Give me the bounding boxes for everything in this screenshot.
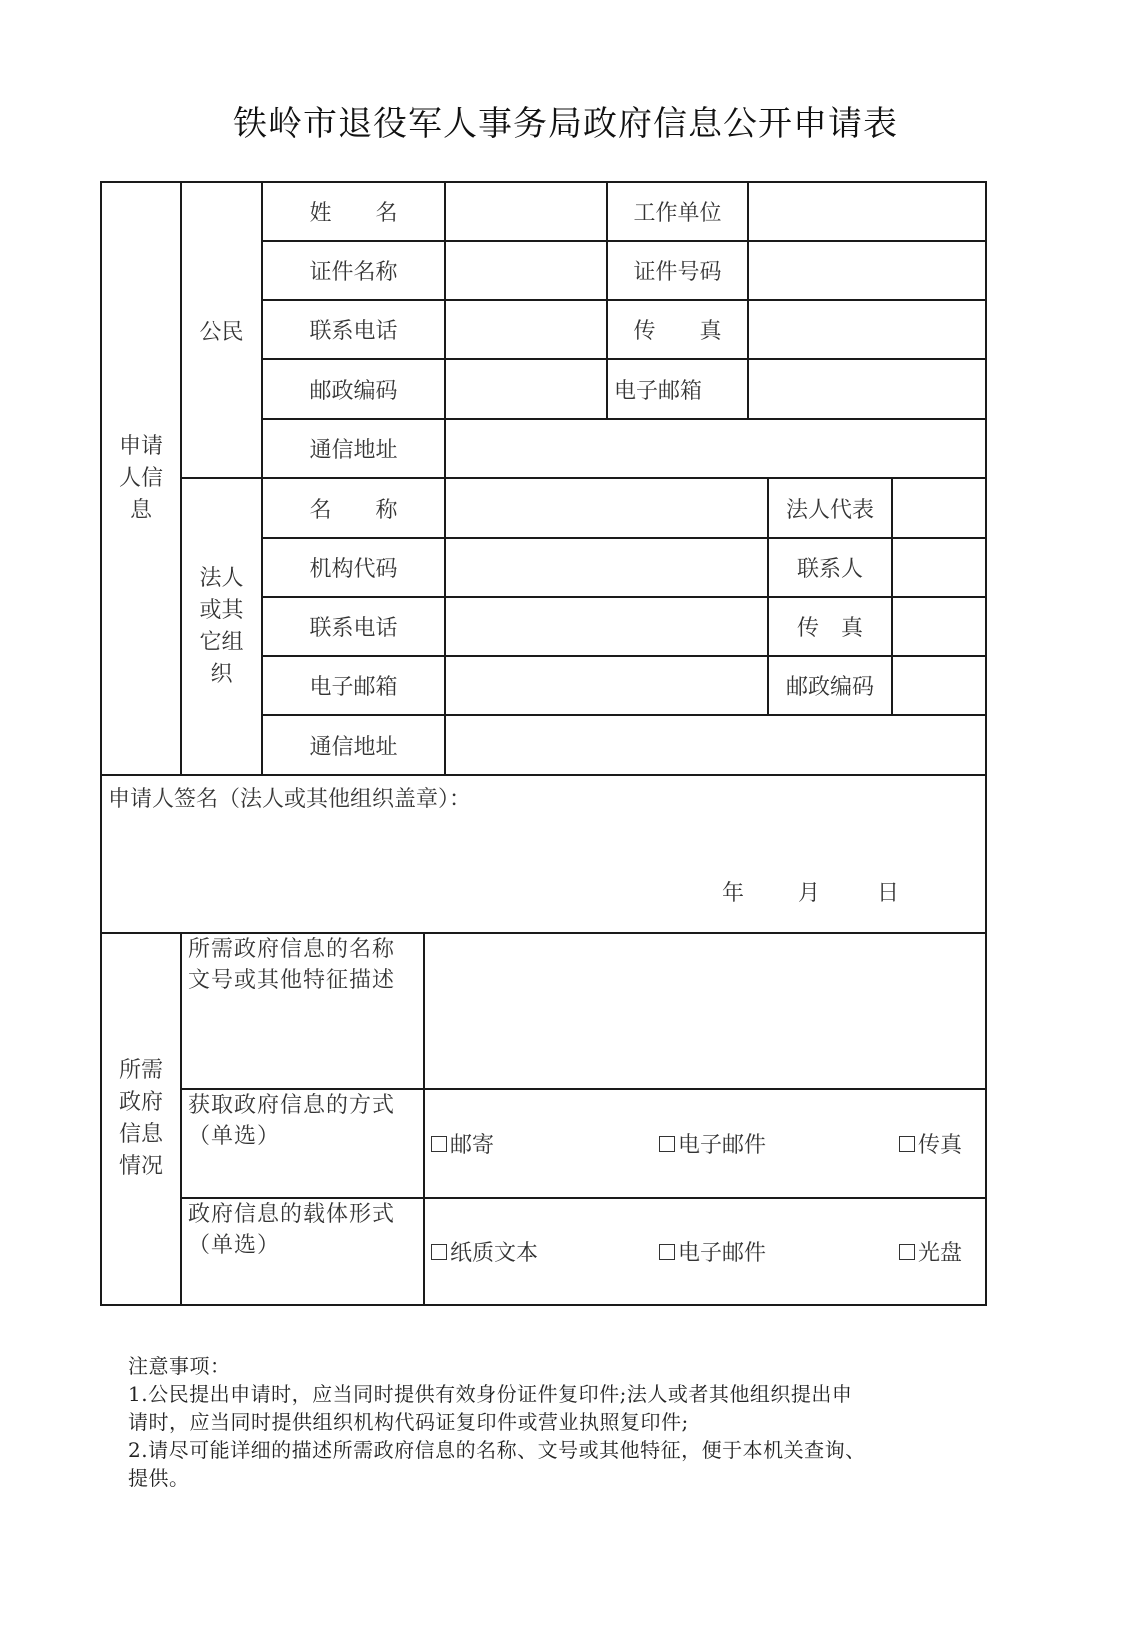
- label-line: 法人: [199, 563, 243, 595]
- table-border-right: [985, 181, 987, 1306]
- label-line: 人信: [119, 463, 163, 495]
- checkbox-icon[interactable]: [431, 1244, 447, 1260]
- label-line: 情况: [119, 1151, 163, 1183]
- option-label: 邮寄: [450, 1128, 494, 1159]
- signature-area[interactable]: 申请人签名（法人或其他组织盖章）： 年 月 日: [102, 776, 985, 932]
- checkbox-icon[interactable]: [899, 1244, 915, 1260]
- option-label: 传真: [918, 1128, 962, 1159]
- label-line: 织: [210, 659, 232, 691]
- org-code-field[interactable]: [446, 539, 767, 596]
- citizen-id-number-label: 证件号码: [608, 242, 747, 299]
- method-option-fax[interactable]: 传真: [899, 1090, 962, 1197]
- org-address-label: 通信地址: [263, 716, 444, 774]
- citizen-email-label: 电子邮箱: [608, 360, 747, 418]
- label-line: 或其: [199, 595, 243, 627]
- format-option-email[interactable]: 电子邮件: [659, 1199, 766, 1304]
- org-postcode-label: 邮政编码: [769, 657, 891, 714]
- citizen-phone-label: 联系电话: [263, 301, 444, 358]
- org-name-field[interactable]: [446, 479, 767, 537]
- label-line: （单选）: [188, 1121, 280, 1152]
- date-month-label: 月: [798, 876, 820, 907]
- checkbox-icon[interactable]: [431, 1136, 447, 1152]
- description-label: 所需政府信息的名称 文号或其他特征描述: [182, 934, 423, 1088]
- citizen-id-number-field[interactable]: [749, 242, 985, 299]
- citizen-address-label: 通信地址: [263, 420, 444, 477]
- date-year-label: 年: [722, 876, 744, 907]
- checkbox-icon[interactable]: [659, 1136, 675, 1152]
- citizen-name-label: 姓 名: [263, 183, 444, 240]
- org-email-field[interactable]: [446, 657, 767, 714]
- required-info-label: 所需 政府 信息 情况: [102, 934, 180, 1304]
- org-code-label: 机构代码: [263, 539, 444, 596]
- citizen-name-field[interactable]: [446, 183, 606, 240]
- label-line: 申请: [119, 431, 163, 463]
- label-line: 息: [130, 495, 152, 527]
- applicant-info-label: 申请 人信 息: [102, 183, 180, 775]
- checkbox-icon[interactable]: [899, 1136, 915, 1152]
- label-line: （单选）: [188, 1230, 280, 1261]
- method-option-email[interactable]: 电子邮件: [659, 1090, 766, 1197]
- notes-heading: 注意事项：: [128, 1352, 988, 1380]
- citizen-employer-label: 工作单位: [608, 183, 747, 240]
- label-line: 它组: [199, 627, 243, 659]
- label-line: 文号或其他特征描述: [188, 965, 395, 996]
- method-label: 获取政府信息的方式 （单选）: [182, 1090, 423, 1197]
- citizen-fax-label: 传 真: [608, 301, 747, 358]
- format-option-paper[interactable]: 纸质文本: [431, 1199, 538, 1304]
- org-legal-rep-field[interactable]: [893, 479, 985, 537]
- label-line: 所需: [119, 1055, 163, 1087]
- org-address-field[interactable]: [446, 716, 985, 774]
- org-postcode-field[interactable]: [893, 657, 985, 714]
- form-title: 铁岭市退役军人事务局政府信息公开申请表: [0, 96, 1131, 145]
- citizen-fax-field[interactable]: [749, 301, 985, 358]
- date-day-label: 日: [877, 876, 899, 907]
- option-label: 电子邮件: [678, 1128, 766, 1159]
- label-line: 政府: [119, 1087, 163, 1119]
- org-phone-label: 联系电话: [263, 598, 444, 655]
- table-border-bottom: [100, 1304, 987, 1306]
- label-line: 所需政府信息的名称: [188, 934, 395, 965]
- option-label: 纸质文本: [450, 1236, 538, 1267]
- citizen-phone-field[interactable]: [446, 301, 606, 358]
- org-phone-field[interactable]: [446, 598, 767, 655]
- note-line: 提供。: [128, 1464, 988, 1492]
- citizen-id-type-field[interactable]: [446, 242, 606, 299]
- label-line: 政府信息的载体形式: [188, 1199, 395, 1230]
- citizen-address-field[interactable]: [446, 420, 985, 477]
- org-legal-rep-label: 法人代表: [769, 479, 891, 537]
- citizen-label: 公民: [182, 183, 261, 478]
- citizen-postcode-label: 邮政编码: [263, 360, 444, 418]
- citizen-employer-field[interactable]: [749, 183, 985, 240]
- org-name-label: 名 称: [263, 479, 444, 537]
- option-label: 光盘: [918, 1236, 962, 1267]
- notes-section: 注意事项： 1.公民提出申请时，应当同时提供有效身份证件复印件;法人或者其他组织…: [128, 1352, 988, 1492]
- signature-label: 申请人签名（法人或其他组织盖章）：: [108, 782, 471, 813]
- organization-label: 法人 或其 它组 织: [182, 479, 261, 775]
- label-line: 获取政府信息的方式: [188, 1090, 395, 1121]
- description-field[interactable]: [425, 934, 985, 1088]
- org-email-label: 电子邮箱: [263, 657, 444, 714]
- note-line: 1.公民提出申请时，应当同时提供有效身份证件复印件;法人或者其他组织提出申: [128, 1380, 988, 1408]
- org-fax-field[interactable]: [893, 598, 985, 655]
- citizen-email-field[interactable]: [749, 360, 985, 418]
- org-fax-label: 传 真: [769, 598, 891, 655]
- format-label: 政府信息的载体形式 （单选）: [182, 1199, 423, 1304]
- label-line: 信息: [119, 1119, 163, 1151]
- citizen-id-type-label: 证件名称: [263, 242, 444, 299]
- checkbox-icon[interactable]: [659, 1244, 675, 1260]
- format-option-disc[interactable]: 光盘: [899, 1199, 962, 1304]
- note-line: 请时，应当同时提供组织机构代码证复印件或营业执照复印件;: [128, 1408, 988, 1436]
- org-contact-label: 联系人: [769, 539, 891, 596]
- method-option-mail[interactable]: 邮寄: [431, 1090, 494, 1197]
- org-contact-field[interactable]: [893, 539, 985, 596]
- note-line: 2.请尽可能详细的描述所需政府信息的名称、文号或其他特征，便于本机关查询、: [128, 1436, 988, 1464]
- citizen-postcode-field[interactable]: [446, 360, 606, 418]
- option-label: 电子邮件: [678, 1236, 766, 1267]
